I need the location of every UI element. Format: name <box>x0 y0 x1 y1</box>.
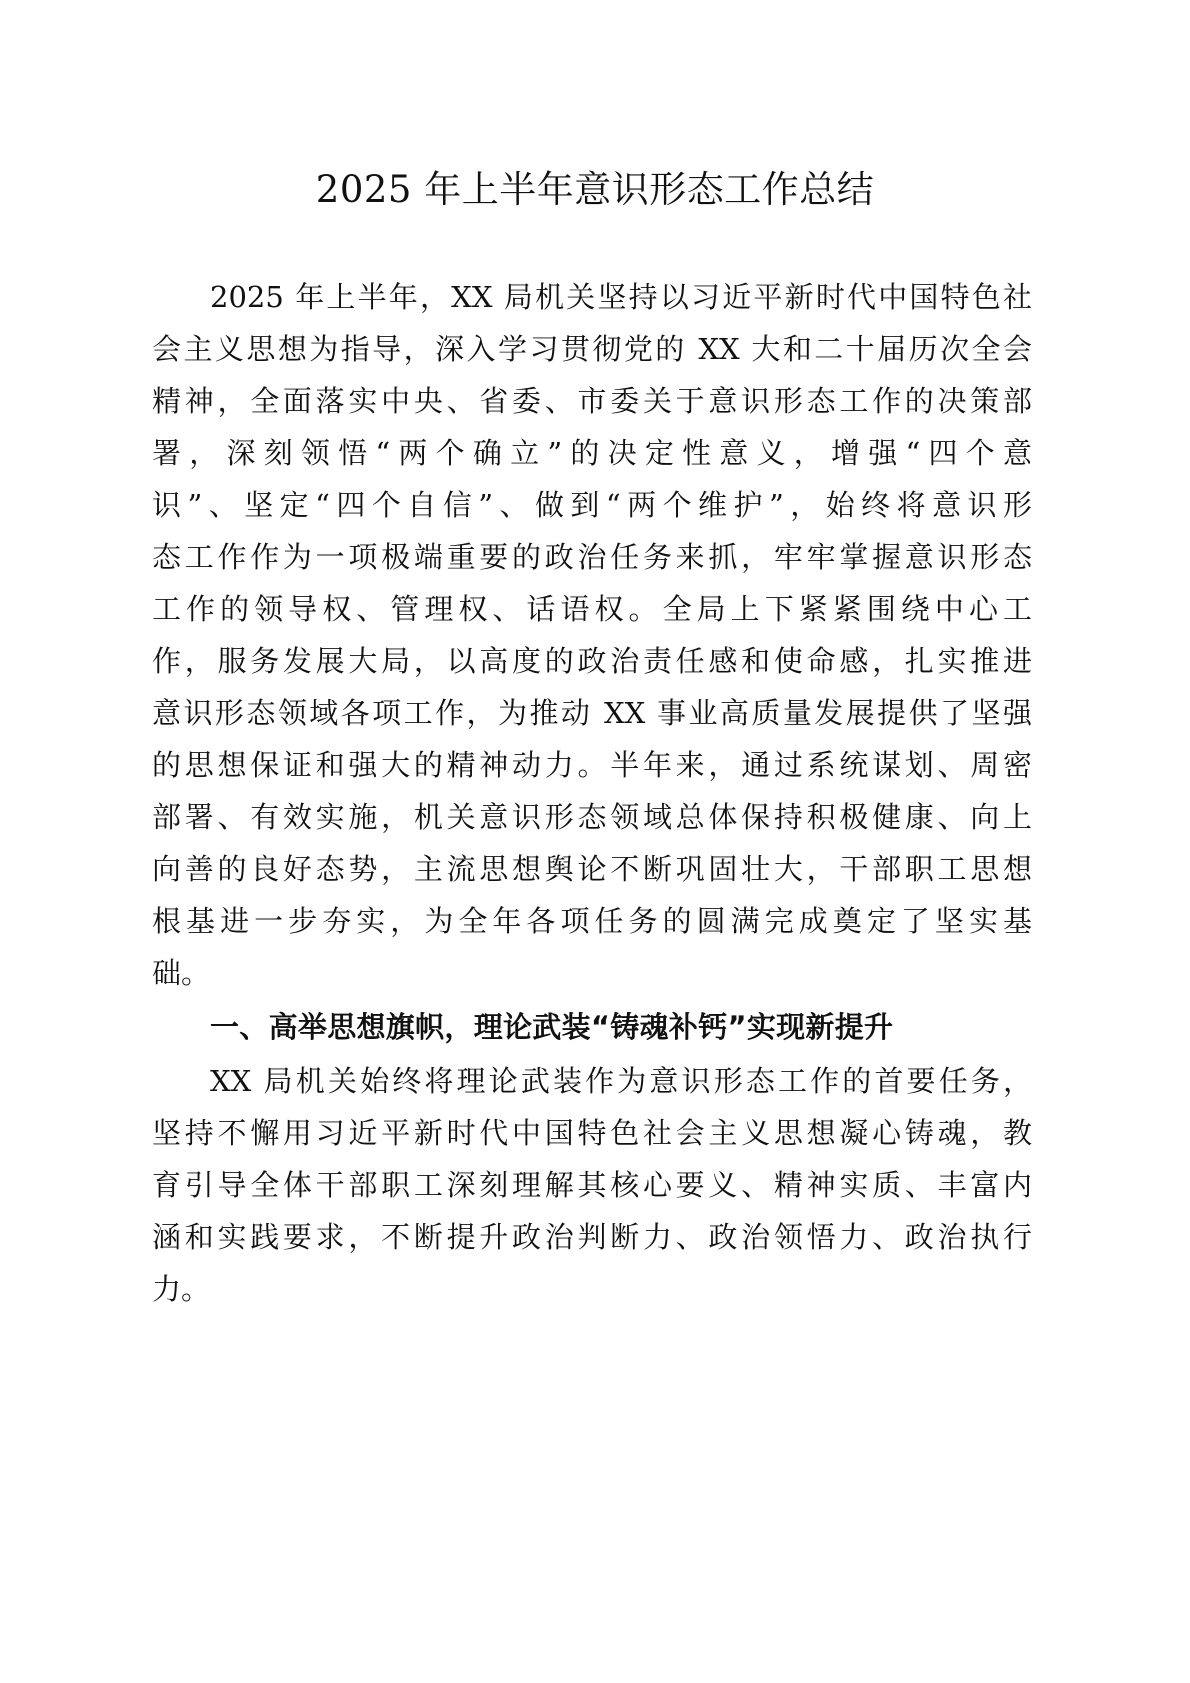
document-page: 2025 年上半年意识形态工作总结 2025 年上半年，XX 局机关坚持以习近平… <box>0 0 1190 1683</box>
paragraph-1-line-14: 础。 <box>152 948 1032 998</box>
paragraph-1-line-12: 向善的良好态势，主流思想舆论不断巩固壮大，干部职工思想 <box>152 844 1032 894</box>
paragraph-1-line-9: 意识形态领域各项工作，为推动 XX 事业高质量发展提供了坚强 <box>152 688 1032 738</box>
paragraph-1-line-10: 的思想保证和强大的精神动力。半年来，通过系统谋划、周密 <box>152 740 1032 790</box>
section-heading-1: 一、高举思想旗帜，理论武装“铸魂补钙”实现新提升 <box>210 1002 1032 1052</box>
paragraph-1-line-5: 识”、坚定“四个自信”、做到“两个维护”，始终将意识形 <box>152 480 1032 530</box>
paragraph-1-line-7: 工作的领导权、管理权、话语权。全局上下紧紧围绕中心工 <box>152 584 1032 634</box>
document-title: 2025 年上半年意识形态工作总结 <box>0 166 1190 214</box>
paragraph-2-line-4: 涵和实践要求，不断提升政治判断力、政治领悟力、政治执行 <box>152 1212 1032 1262</box>
paragraph-2-line-5: 力。 <box>152 1264 1032 1314</box>
paragraph-1-line-13: 根基进一步夯实，为全年各项任务的圆满完成奠定了坚实基 <box>152 896 1032 946</box>
paragraph-1-line-6: 态工作作为一项极端重要的政治任务来抓，牢牢掌握意识形态 <box>152 532 1032 582</box>
paragraph-1-line-2: 会主义思想为指导，深入学习贯彻党的 XX 大和二十届历次全会 <box>152 324 1032 374</box>
paragraph-1-line-1: 2025 年上半年，XX 局机关坚持以习近平新时代中国特色社 <box>210 272 1032 322</box>
paragraph-2-line-2: 坚持不懈用习近平新时代中国特色社会主义思想凝心铸魂，教 <box>152 1108 1032 1158</box>
paragraph-1-line-11: 部署、有效实施，机关意识形态领域总体保持积极健康、向上 <box>152 792 1032 842</box>
paragraph-2-line-1: XX 局机关始终将理论武装作为意识形态工作的首要任务， <box>210 1056 1032 1106</box>
paragraph-1-line-8: 作，服务发展大局，以高度的政治责任感和使命感，扎实推进 <box>152 636 1032 686</box>
paragraph-1-line-3: 精神，全面落实中央、省委、市委关于意识形态工作的决策部 <box>152 376 1032 426</box>
paragraph-2-line-3: 育引导全体干部职工深刻理解其核心要义、精神实质、丰富内 <box>152 1160 1032 1210</box>
paragraph-1-line-4: 署，深刻领悟“两个确立”的决定性意义，增强“四个意 <box>152 428 1032 478</box>
